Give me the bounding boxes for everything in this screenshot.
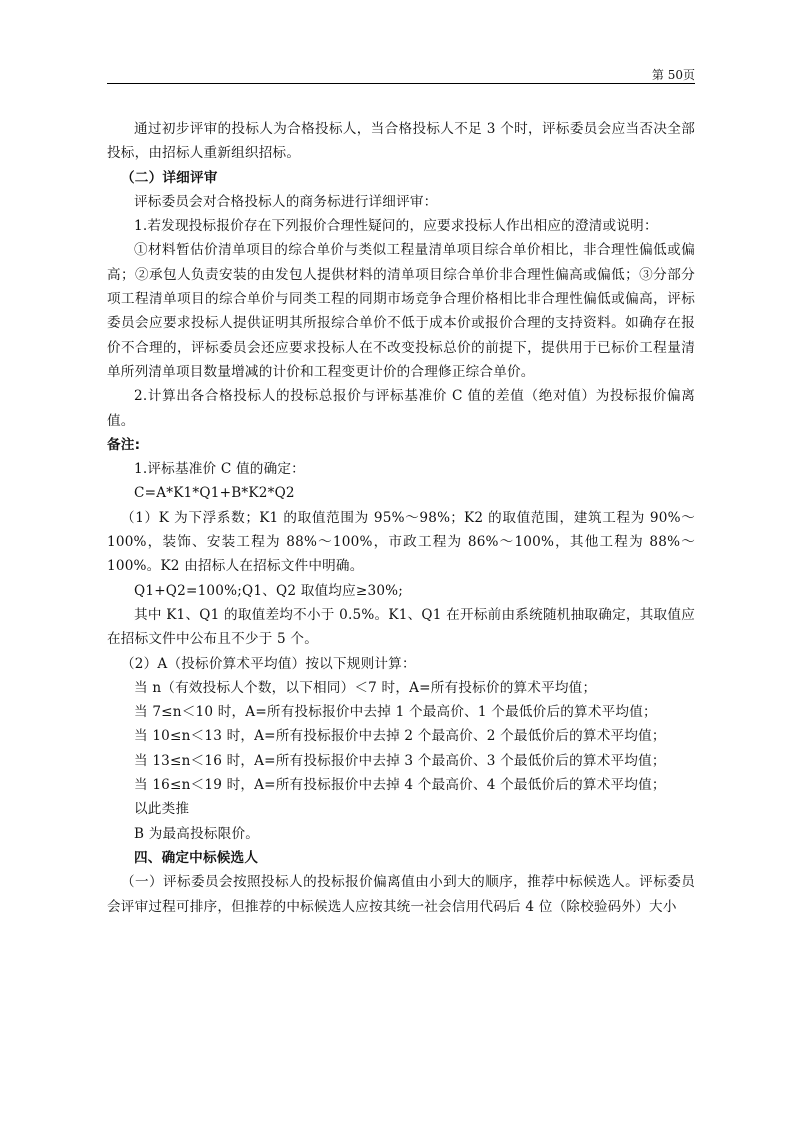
section-heading: 四、确定中标候选人 <box>107 846 695 870</box>
paragraph: 1.若发现投标报价存在下列报价合理性疑问的，应要求投标人作出相应的澄清或说明： <box>107 214 695 238</box>
page-number: 第 50页 <box>652 68 695 82</box>
formula: C=A*K1*Q1+B*K2*Q2 <box>107 481 695 505</box>
header-divider <box>107 83 695 84</box>
paragraph: （1）K 为下浮系数；K1 的取值范围为 95%～98%；K2 的取值范围，建筑… <box>107 506 695 579</box>
paragraph: 评标委员会对合格投标人的商务标进行详细评审： <box>107 190 695 214</box>
note-heading: 备注: <box>107 433 695 457</box>
paragraph: B 为最高投标限价。 <box>107 822 695 846</box>
paragraph: 当 7≤n＜10 时，A=所有投标报价中去掉 1 个最高价、1 个最低价后的算术… <box>107 700 695 724</box>
paragraph: 通过初步评审的投标人为合格投标人，当合格投标人不足 3 个时，评标委员会应当否决… <box>107 117 695 166</box>
paragraph: 当 10≤n＜13 时，A=所有投标报价中去掉 2 个最高价、2 个最低价后的算… <box>107 724 695 748</box>
paragraph: ①材料暂估价清单项目的综合单价与类似工程量清单项目综合单价相比，非合理性偏低或偏… <box>107 238 695 384</box>
paragraph: 当 16≤n＜19 时，A=所有投标报价中去掉 4 个最高价、4 个最低价后的算… <box>107 773 695 797</box>
paragraph: 以此类推 <box>107 797 695 821</box>
paragraph: 其中 K1、Q1 的取值差均不小于 0.5%。K1、Q1 在开标前由系统随机抽取… <box>107 603 695 652</box>
page-header: 第 50页 <box>107 68 695 84</box>
document-body: 通过初步评审的投标人为合格投标人，当合格投标人不足 3 个时，评标委员会应当否决… <box>107 117 695 919</box>
paragraph: 当 13≤n＜16 时，A=所有投标报价中去掉 3 个最高价、3 个最低价后的算… <box>107 749 695 773</box>
paragraph: Q1+Q2=100%;Q1、Q2 取值均应≥30%; <box>107 579 695 603</box>
section-heading: （二）详细评审 <box>107 166 695 190</box>
paragraph: （一）评标委员会按照投标人的投标报价偏离值由小到大的顺序，推荐中标候选人。评标委… <box>107 870 695 919</box>
paragraph: （2）A（投标价算术平均值）按以下规则计算： <box>107 652 695 676</box>
paragraph: 2.计算出各合格投标人的投标总报价与评标基准价 C 值的差值（绝对值）为投标报价… <box>107 384 695 433</box>
paragraph: 当 n（有效投标人个数，以下相同）＜7 时，A=所有投标价的算术平均值； <box>107 676 695 700</box>
paragraph: 1.评标基准价 C 值的确定： <box>107 457 695 481</box>
